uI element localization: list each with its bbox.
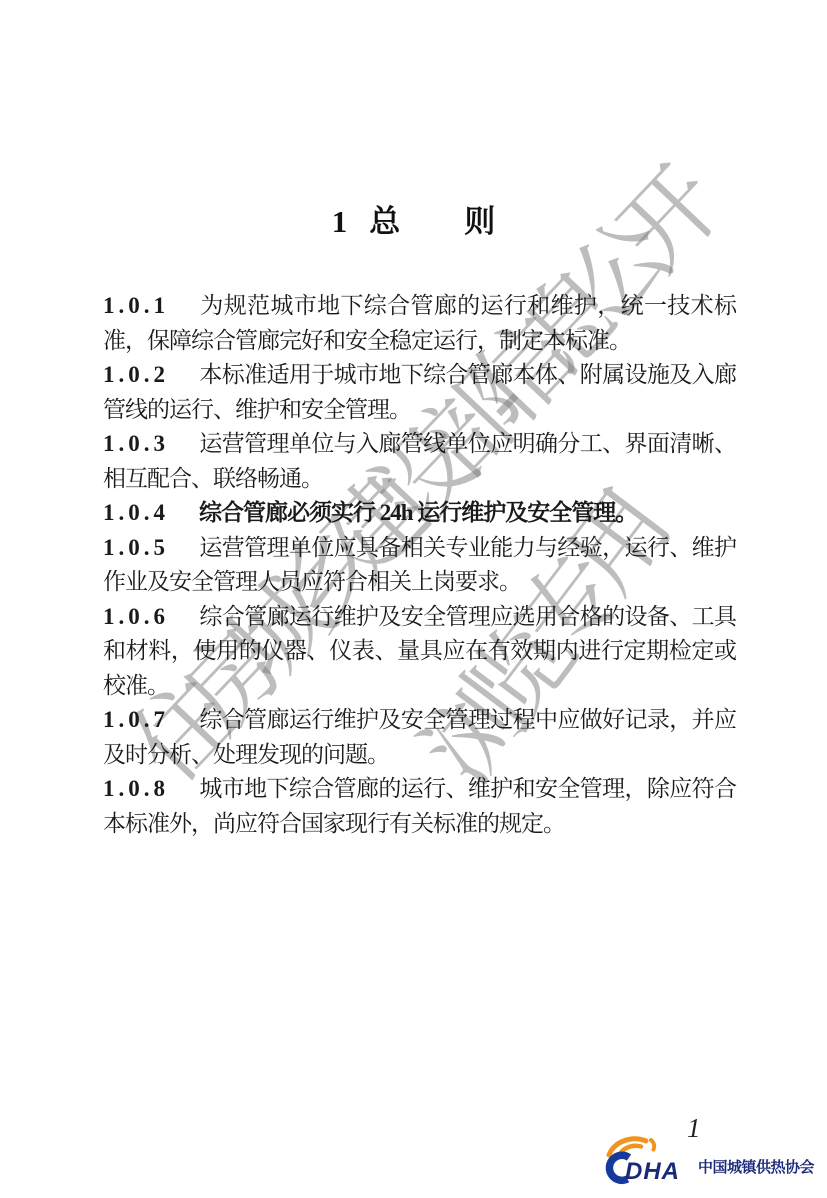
clause: 1.0.1为规范城市地下综合管廊的运行和维护，统一技术标准，保障综合管廊完好和安…: [103, 289, 736, 358]
clause-number: 1.0.2: [103, 362, 169, 387]
clause: 1.0.3运营管理单位与入廊管线单位应明确分工、界面清晰、相互配合、联络畅通。: [103, 427, 736, 496]
clause: 1.0.5运营管理单位应具备相关专业能力与经验，运行、维护作业及安全管理人员应符…: [103, 531, 736, 600]
clause-text: 综合管廊运行维护及安全管理过程中应做好记录，并应及时分析、处理发现的问题。: [103, 707, 736, 767]
clause: 1.0.4综合管廊必须实行 24h 运行维护及安全管理。: [103, 496, 736, 531]
org-name: 中国城镇供热协会: [698, 1156, 814, 1177]
clause-list: 1.0.1为规范城市地下综合管廊的运行和维护，统一技术标准，保障综合管廊完好和安…: [103, 289, 736, 841]
chapter-title-char: 总: [369, 200, 400, 244]
clause-text: 城市地下综合管廊的运行、维护和安全管理，除应符合本标准外，尚应符合国家现行有关标…: [103, 776, 736, 836]
clause-number: 1.0.3: [103, 431, 169, 456]
chapter-number: 1: [332, 200, 348, 244]
clause-text: 综合管廊运行维护及安全管理应选用合格的设备、工具和材料，使用的仪器、仪表、量具应…: [103, 604, 736, 698]
cdha-logo-icon: DHA: [596, 1134, 688, 1188]
clause-number: 1.0.5: [103, 535, 169, 560]
logo-acronym: DHA: [625, 1158, 680, 1185]
clause: 1.0.2本标准适用于城市地下综合管廊本体、附属设施及入廊管线的运行、维护和安全…: [103, 358, 736, 427]
clause-number: 1.0.8: [103, 776, 169, 801]
clause-text: 运营管理单位与入廊管线单位应明确分工、界面清晰、相互配合、联络畅通。: [103, 431, 736, 491]
clause-text: 本标准适用于城市地下综合管廊本体、附属设施及入廊管线的运行、维护和安全管理。: [103, 362, 736, 422]
clause: 1.0.6综合管廊运行维护及安全管理应选用合格的设备、工具和材料，使用的仪器、仪…: [103, 600, 736, 704]
clause-text: 为规范城市地下综合管廊的运行和维护，统一技术标准，保障综合管廊完好和安全稳定运行…: [103, 293, 736, 353]
clause-text: 运营管理单位应具备相关专业能力与经验，运行、维护作业及安全管理人员应符合相关上岗…: [103, 535, 736, 595]
clause: 1.0.8城市地下综合管廊的运行、维护和安全管理，除应符合本标准外，尚应符合国家…: [103, 772, 736, 841]
clause-number: 1.0.6: [103, 604, 169, 629]
clause-number: 1.0.4: [103, 500, 169, 525]
clause: 1.0.7综合管廊运行维护及安全管理过程中应做好记录，并应及时分析、处理发现的问…: [103, 703, 736, 772]
logo-arc-tick: [651, 1140, 654, 1150]
clause-number: 1.0.7: [103, 707, 169, 732]
cdha-logo: DHA 中国城镇供热协会: [596, 1134, 814, 1188]
clause-text: 综合管廊必须实行 24h 运行维护及安全管理。: [199, 500, 637, 525]
chapter-title-char: 则: [464, 200, 495, 244]
chapter-title: 1 总 则: [0, 200, 827, 244]
document-page: 住房城乡建设部-信息公开 浏览专用 1 总 则 1.0.1为规范城市地下综合管廊…: [0, 0, 827, 1198]
clause-number: 1.0.1: [103, 293, 169, 318]
